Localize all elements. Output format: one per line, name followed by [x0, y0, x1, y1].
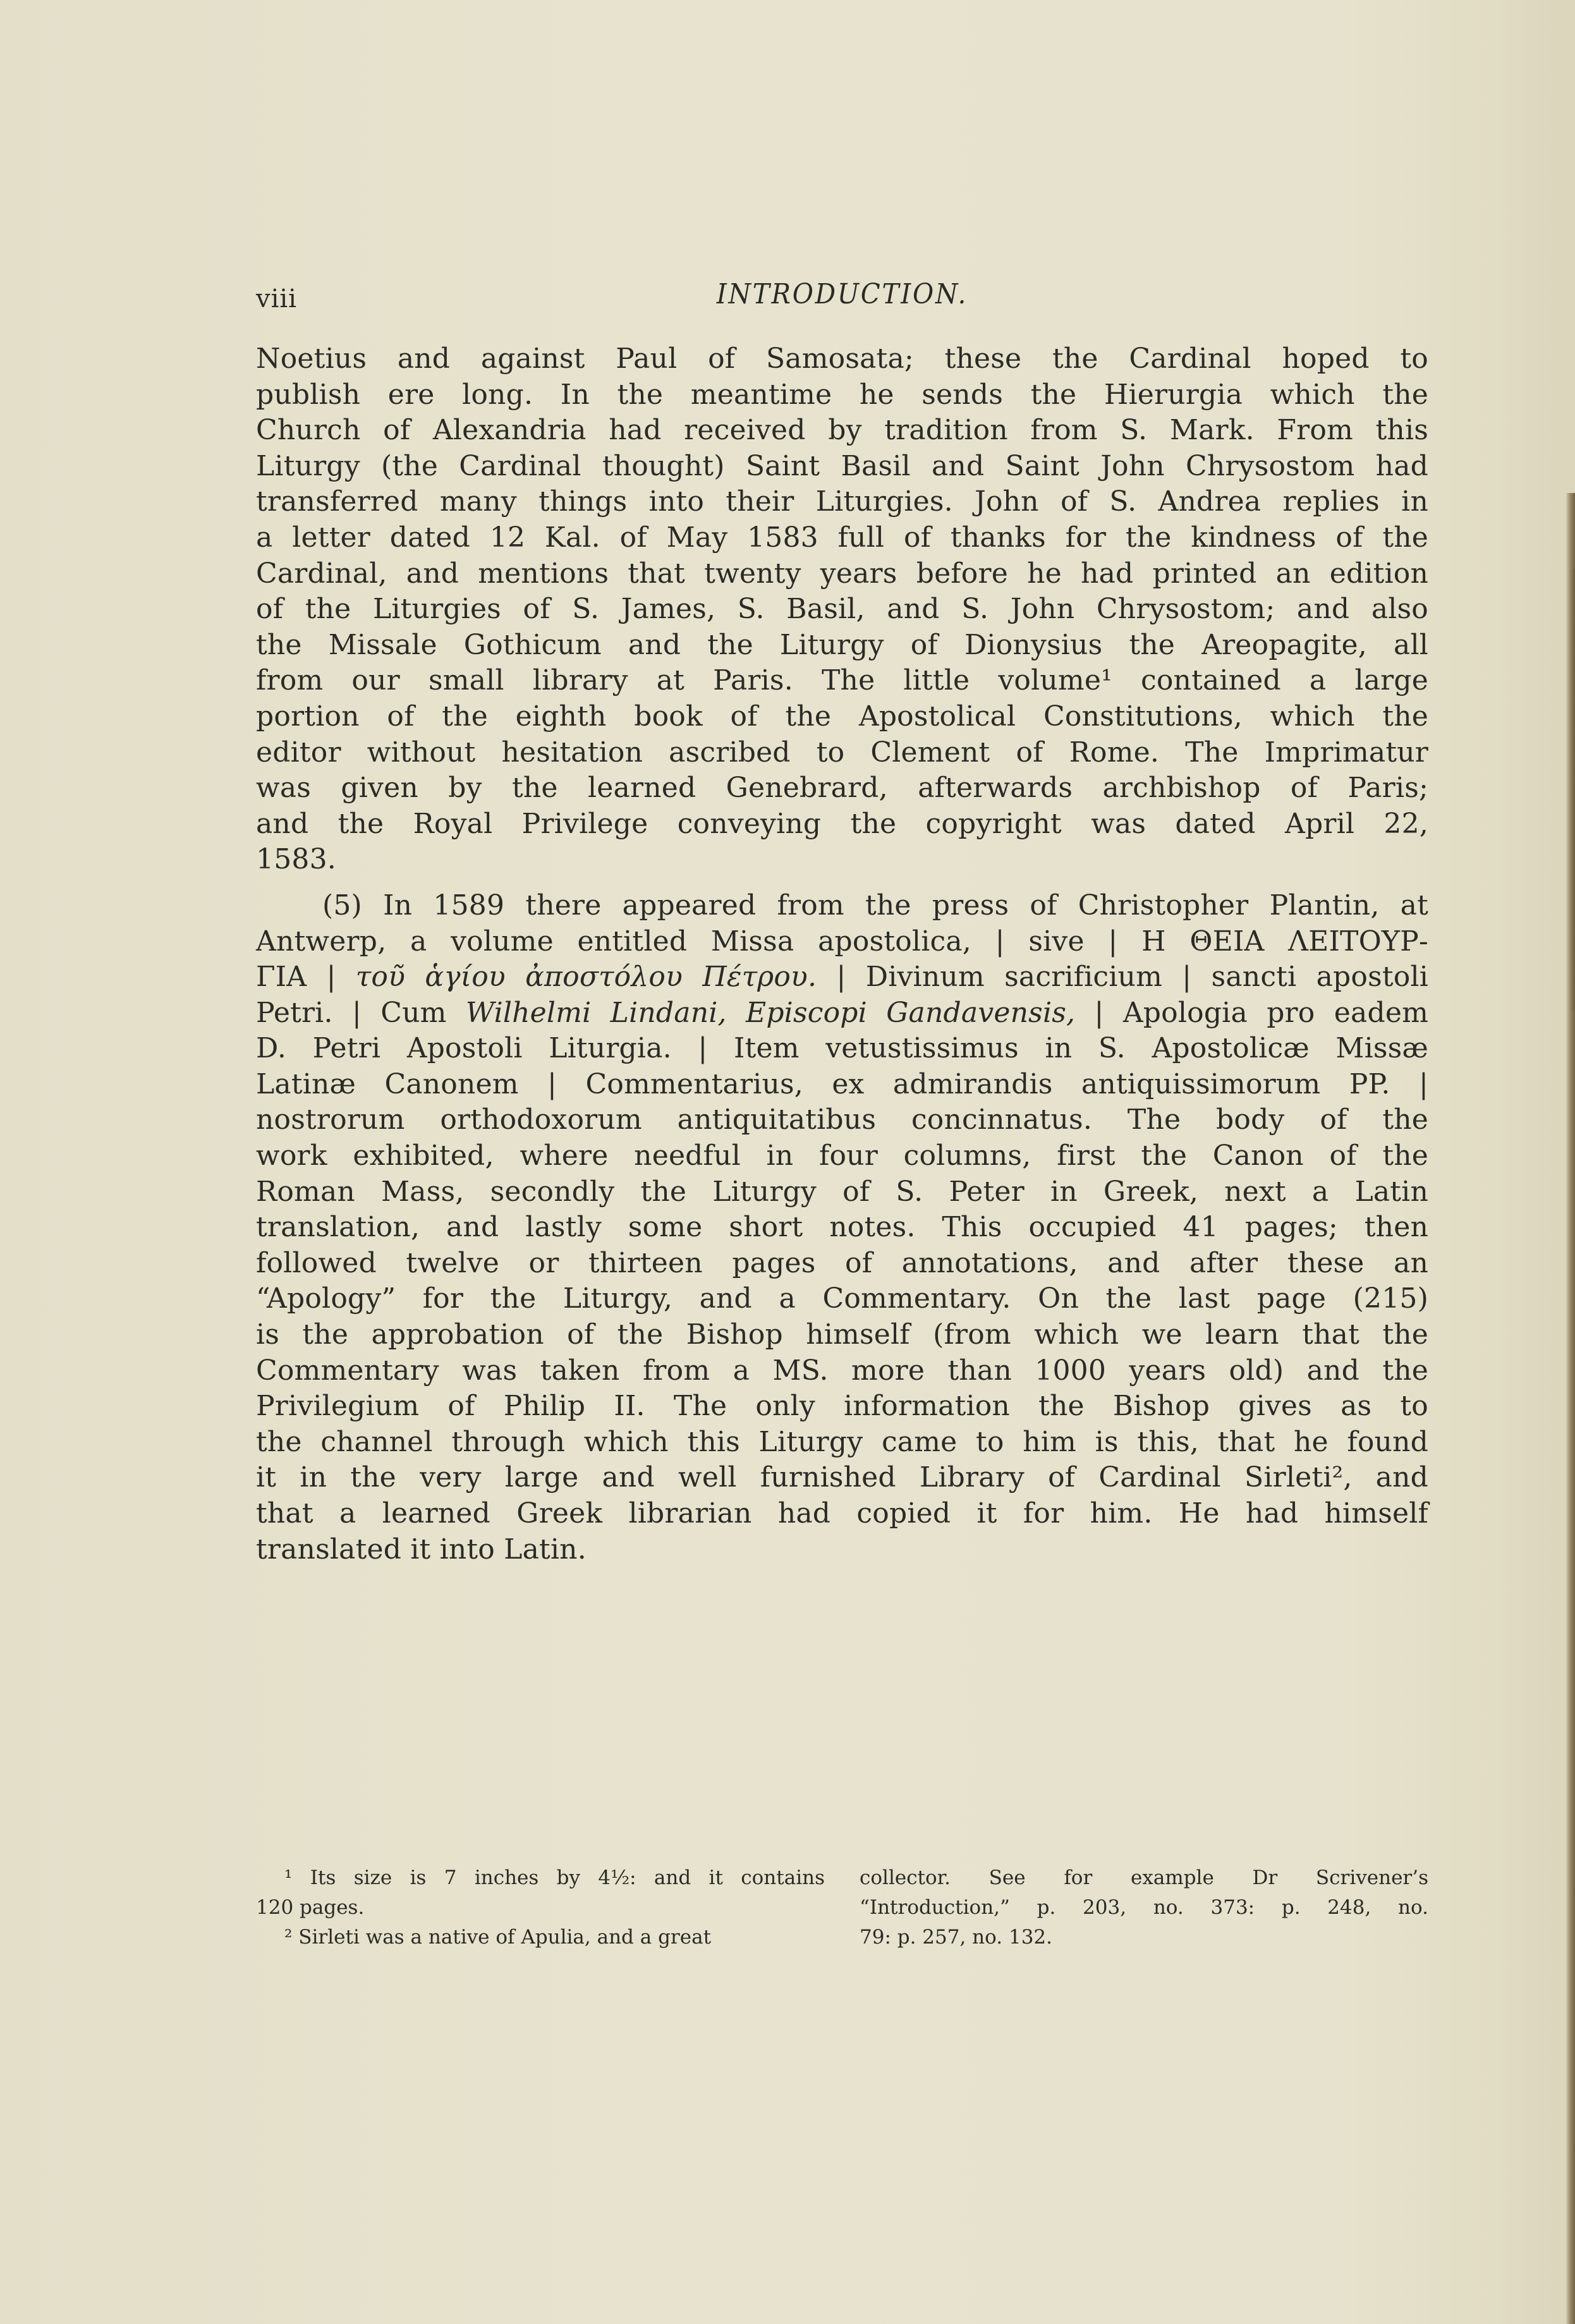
text-line: Petri. | Cum Wilhelmi Lindani, Episcopi …	[256, 995, 1428, 1031]
text-line: translation, and lastly some short notes…	[256, 1210, 1428, 1246]
page-header: viii INTRODUCTION.	[256, 272, 1428, 322]
text-line: “Introduction,” p. 203, no. 373: p. 248,…	[860, 1893, 1428, 1923]
text-line: and the Royal Privilege conveying the co…	[256, 806, 1428, 843]
text-line: ΓΙΑ | τοῦ ἁγίου ἀποστόλου Πέτρου. | Divi…	[256, 959, 1428, 995]
text-line: from our small library at Paris. The lit…	[256, 663, 1428, 699]
running-head: INTRODUCTION.	[303, 278, 1382, 310]
paragraph-2: (5) In 1589 there appeared from the pres…	[256, 888, 1428, 1567]
text-line: it in the very large and well furnished …	[256, 1460, 1428, 1496]
page-number: viii	[256, 284, 297, 313]
text-line: translated it into Latin.	[256, 1532, 1428, 1568]
text-line: Noetius and against Paul of Samosata; th…	[256, 341, 1428, 377]
text-line: 79: p. 257, no. 132.	[860, 1923, 1428, 1952]
text-line: the channel through which this Liturgy c…	[256, 1425, 1428, 1461]
paragraph-gap	[256, 878, 1428, 888]
text-line: a letter dated 12 Kal. of May 1583 full …	[256, 520, 1428, 556]
main-text: Noetius and against Paul of Samosata; th…	[256, 341, 1428, 1567]
text-line: followed twelve or thirteen pages of ann…	[256, 1246, 1428, 1282]
text-line: publish ere long. In the meantime he sen…	[256, 377, 1428, 413]
text-line: (5) In 1589 there appeared from the pres…	[256, 888, 1428, 924]
text-line: that a learned Greek librarian had copie…	[256, 1496, 1428, 1532]
text-line: transferred many things into their Litur…	[256, 484, 1428, 520]
footnotes-right-column: collector. See for example Dr Scrivener’…	[860, 1863, 1428, 1952]
text-line: Roman Mass, secondly the Liturgy of S. P…	[256, 1174, 1428, 1210]
paragraph-1: Noetius and against Paul of Samosata; th…	[256, 341, 1428, 878]
text-line: Church of Alexandria had received by tra…	[256, 413, 1428, 449]
text-line: Privilegium of Philip II. The only infor…	[256, 1389, 1428, 1425]
text-line: Cardinal, and mentions that twenty years…	[256, 556, 1428, 592]
text-line: ² Sirleti was a native of Apulia, and a …	[256, 1923, 825, 1952]
text-line: Liturgy (the Cardinal thought) Saint Bas…	[256, 449, 1428, 485]
text-line: 1583.	[256, 842, 1428, 878]
text-line: Commentary was taken from a MS. more tha…	[256, 1353, 1428, 1389]
footnotes-left-column: ¹ Its size is 7 inches by 4½: and it con…	[256, 1863, 825, 1952]
binding-edge	[1566, 493, 1575, 2324]
text-line: collector. See for example Dr Scrivener’…	[860, 1863, 1428, 1893]
text-line: D. Petri Apostoli Liturgia. | Item vetus…	[256, 1031, 1428, 1067]
text-line: Latinæ Canonem | Commentarius, ex admira…	[256, 1067, 1428, 1103]
text-line: editor without hesitation ascribed to Cl…	[256, 735, 1428, 771]
text-line: the Missale Gothicum and the Liturgy of …	[256, 628, 1428, 664]
italic-title: Wilhelmi Lindani, Episcopi Gandavensis,	[466, 997, 1075, 1029]
text-line: was given by the learned Genebrard, afte…	[256, 770, 1428, 806]
text-line: 120 pages.	[256, 1893, 825, 1923]
text-line: of the Liturgies of S. James, S. Basil, …	[256, 592, 1428, 628]
italic-title: τοῦ ἁγίου ἀποστόλου Πέτρου.	[356, 961, 817, 993]
text-line: work exhibited, where needful in four co…	[256, 1138, 1428, 1174]
text-line: ¹ Its size is 7 inches by 4½: and it con…	[256, 1863, 825, 1893]
text-line: Antwerp, a volume entitled Missa apostol…	[256, 924, 1428, 960]
text-line: portion of the eighth book of the Aposto…	[256, 699, 1428, 735]
text-line: nostrorum orthodoxorum antiquitatibus co…	[256, 1102, 1428, 1138]
book-page: viii INTRODUCTION. Noetius and against P…	[0, 0, 1575, 2324]
text-line: “Apology” for the Liturgy, and a Comment…	[256, 1281, 1428, 1317]
text-line: is the approbation of the Bishop himself…	[256, 1317, 1428, 1353]
